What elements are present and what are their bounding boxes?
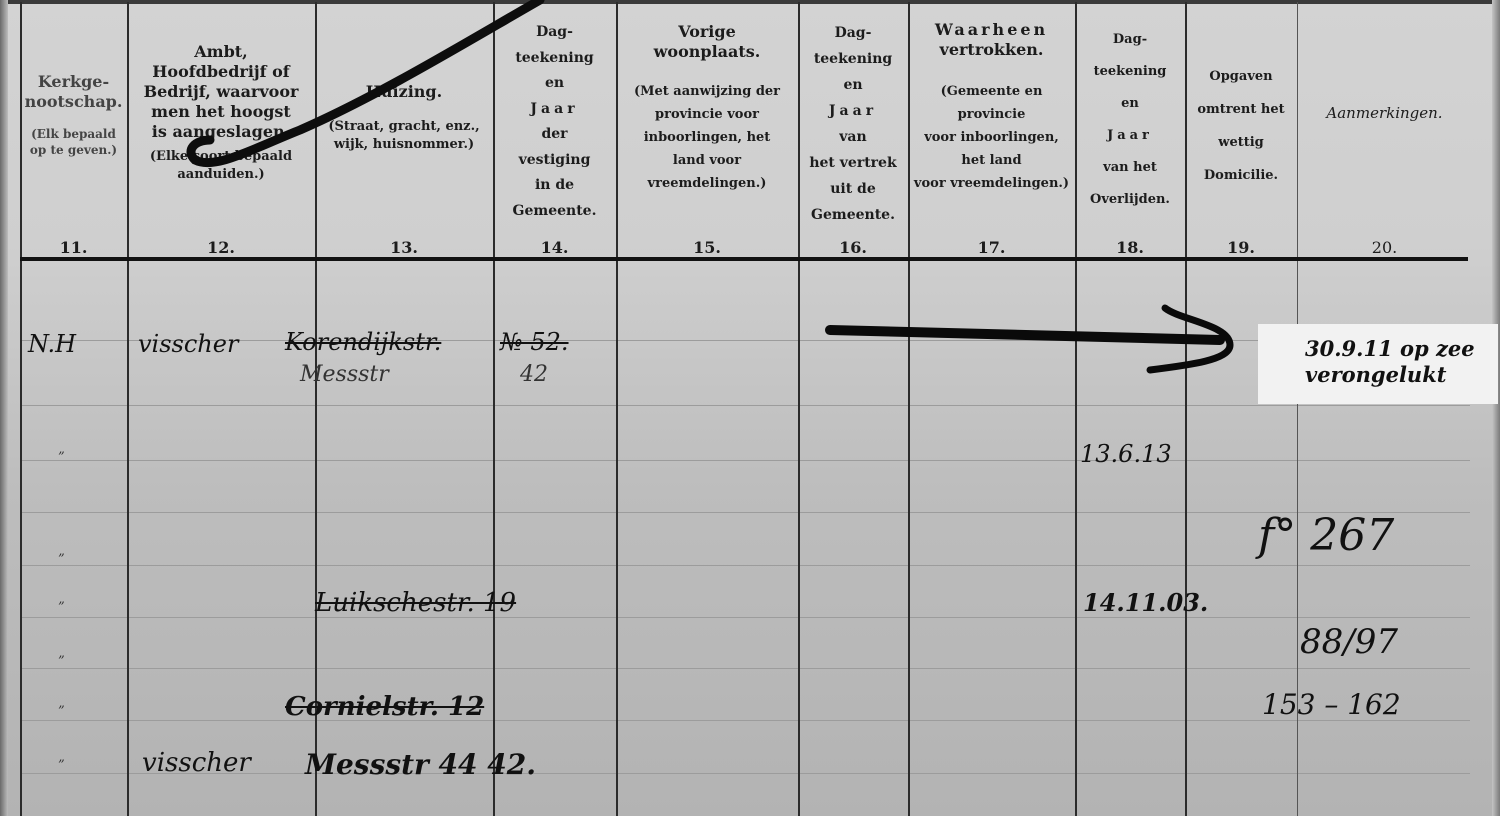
row6-address-struck: Cornielstr. 12 [285,692,484,722]
row2-ditto-mark: ” [58,450,65,465]
row7-address: Messstr 44 42. [305,748,536,781]
row1-occupation: visscher [138,330,238,358]
row1-church: N.H [28,330,76,358]
row5-remark: 88/97 [1300,622,1398,662]
row4-ditto-mark: ” [58,600,65,615]
row7-ditto-mark: ” [58,758,65,773]
ruled-line [20,405,1470,406]
ruled-line [20,460,1470,461]
ink-stroke-mark [0,0,1500,270]
row1-house-number-struck: № 52. [500,328,569,356]
row4-death-date: 14.11.03. [1083,588,1208,617]
row1-address-struck: Korendijkstr. [285,328,441,356]
register-page: Kerkge- nootschap. (Elk bepaald op te ge… [0,0,1500,816]
row1-address-new: Messstr [300,362,389,387]
row4-remark-folio: f° 267 [1258,510,1394,561]
row1-remark-line1: 30.9.11 op zee [1305,336,1475,361]
ruled-line [20,565,1470,566]
ruled-line [20,512,1470,513]
row1-house-number-new: 42 [520,362,548,387]
row6-remark: 153 – 162 [1262,688,1401,721]
row5-ditto-mark: ” [58,654,65,669]
row2-death-date: 13.6.13 [1080,440,1172,468]
ruled-line [20,668,1470,669]
arrow-icon [820,300,1250,380]
row4-address-struck: Luikschestr. 19 [315,588,516,618]
ruled-line [20,720,1470,721]
row1-remark-line2: verongelukt [1305,362,1446,387]
row6-ditto-mark: ” [58,704,65,719]
row7-occupation: visscher [142,748,251,778]
row3-ditto-mark: ” [58,552,65,567]
ruled-line [20,617,1470,618]
